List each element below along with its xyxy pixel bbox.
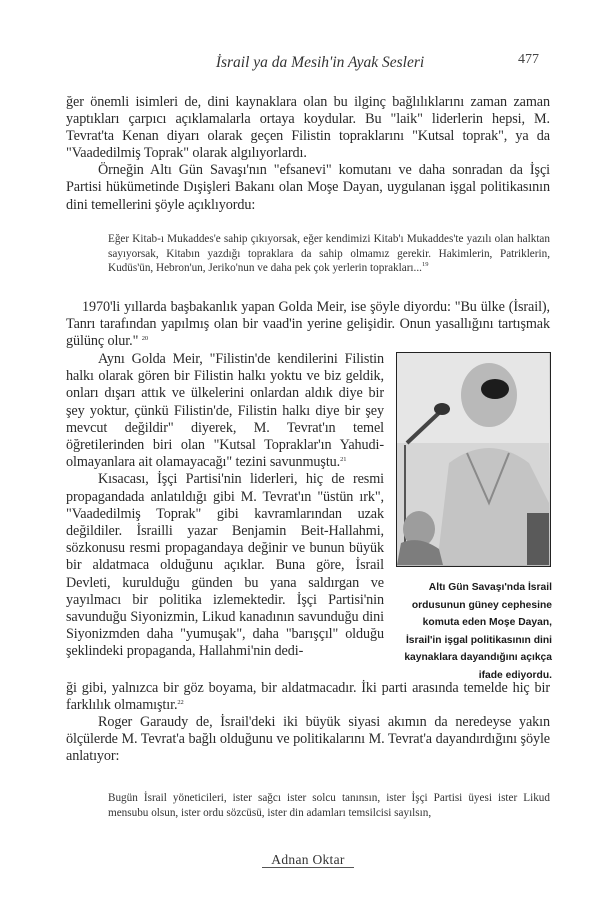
dayan-portrait-image xyxy=(397,353,549,565)
footnote-ref: 19 xyxy=(422,261,429,268)
quote-text: Eğer Kitab-ı Mukaddes'e sahip çıkıyorsak… xyxy=(108,233,550,274)
page-number: 477 xyxy=(518,52,539,68)
footer-author: Adnan Oktar xyxy=(258,852,358,868)
paragraph-3: 1970'li yıllarda başbakanlık yapan Golda… xyxy=(66,299,550,350)
block-quote-garaudy: Bugün İsrail yöneticileri, ister sağcı i… xyxy=(108,791,550,820)
footnote-ref: 22 xyxy=(177,699,183,706)
paragraph-1: ğer önemli isimleri de, dini kaynaklara … xyxy=(66,94,550,162)
paragraph-5-continued: ği gibi, yalnızca bir göz boyama, bir al… xyxy=(66,680,550,714)
figure-caption: Altı Gün Savaşı'nda İsrail ordusunun gün… xyxy=(392,579,552,685)
paragraph-2: Örneğin Altı Gün Savaşı'nın "efsanevi" k… xyxy=(66,162,550,213)
footnote-ref: 20 xyxy=(142,335,148,342)
paragraph-5: Kısacası, İşçi Partisi'nin liderleri, hi… xyxy=(66,471,384,660)
footer-rule xyxy=(262,867,354,868)
running-title: İsrail ya da Mesih'in Ayak Sesleri xyxy=(170,54,470,72)
text-block-bottom: ği gibi, yalnızca bir göz boyama, bir al… xyxy=(66,680,550,765)
paragraph-6: Roger Garaudy de, İsrail'deki iki büyük … xyxy=(66,714,550,765)
text-block-top: ğer önemli isimleri de, dini kaynaklara … xyxy=(66,94,550,214)
footnote-ref: 21 xyxy=(340,456,346,463)
text-block-meir: 1970'li yıllarda başbakanlık yapan Golda… xyxy=(66,299,550,350)
figure-photo xyxy=(396,352,551,567)
text-column-left: Aynı Golda Meir, "Filistin'de kendilerin… xyxy=(66,351,384,661)
block-quote-dayan: Eğer Kitab-ı Mukaddes'e sahip çıkıyorsak… xyxy=(108,232,550,276)
paragraph-4: Aynı Golda Meir, "Filistin'de kendilerin… xyxy=(66,351,384,471)
